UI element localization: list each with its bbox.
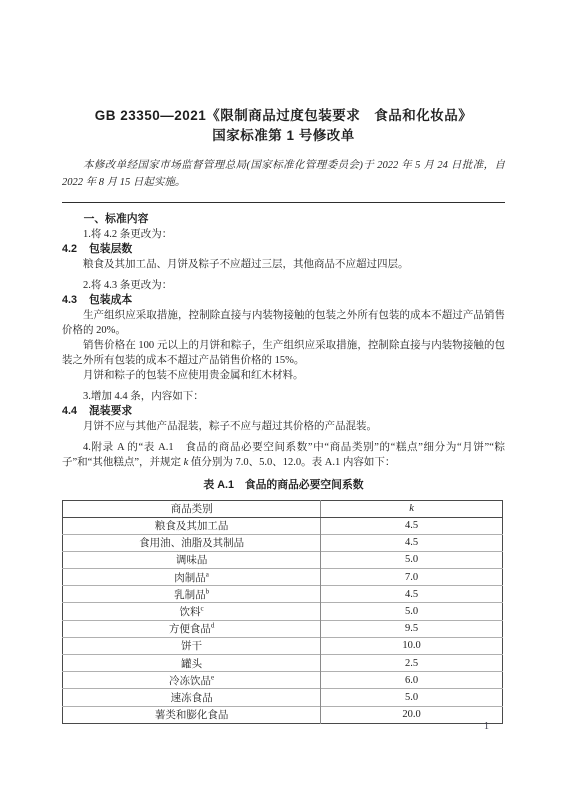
instruction-2: 2.将 4.3 条更改为： [62,278,505,293]
footnote-marker: a [206,570,209,578]
k-cell: 10.0 [321,637,503,654]
clause-4-4-number: 4.4 [62,405,77,417]
table-row: 乳制品b4.5 [63,586,503,603]
clause-4-4-heading: 4.4混装要求 [62,404,505,419]
category-cell: 罐头 [63,655,321,672]
clause-4-2-heading: 4.2包装层数 [62,242,505,257]
k-cell: 4.5 [321,586,503,603]
category-cell: 饮料c [63,603,321,620]
footnote-marker: c [201,605,204,613]
horizontal-rule [62,202,505,203]
table-row: 速冻食品5.0 [63,689,503,706]
footnote-marker: e [211,673,214,681]
approval-note: 本修改单经国家市场监督管理总局(国家标准化管理委员会)于 2022 年 5 月 … [62,157,505,191]
category-cell: 饼干 [63,637,321,654]
clause-4-2-title: 包装层数 [89,243,132,255]
category-cell: 冷冻饮品e [63,672,321,689]
table-row: 冷冻饮品e6.0 [63,672,503,689]
section-heading: 一、标准内容 [62,212,505,227]
clause-4-2-text: 粮食及其加工品、月饼及粽子不应超过三层，其他商品不应超过四层。 [62,257,505,272]
page-content: GB 23350—2021《限制商品过度包装要求 食品和化妆品》 国家标准第 1… [62,0,505,724]
table-row: 食用油、油脂及其制品4.5 [63,534,503,551]
clause-4-2-number: 4.2 [62,243,77,255]
category-cell: 速冻食品 [63,689,321,706]
category-cell: 乳制品b [63,586,321,603]
table-row: 粮食及其加工品4.5 [63,517,503,534]
footnote-marker: b [206,587,210,595]
document-title-line1: GB 23350—2021《限制商品过度包装要求 食品和化妆品》 [62,106,505,126]
instruction-3: 3.增加 4.4 条，内容如下： [62,389,505,404]
coefficient-table: 商品类别 k 粮食及其加工品4.5 食用油、油脂及其制品4.5 调味品5.0 肉… [62,500,503,724]
category-cell: 调味品 [63,551,321,568]
clause-4-3-title: 包装成本 [89,294,132,306]
k-cell: 9.5 [321,620,503,637]
category-cell: 食用油、油脂及其制品 [63,534,321,551]
clause-4-4-title: 混装要求 [89,405,132,417]
instruction-1: 1.将 4.2 条更改为： [62,227,505,242]
k-cell: 2.5 [321,655,503,672]
page-number: 1 [484,721,489,732]
document-title-line2: 国家标准第 1 号修改单 [62,126,505,146]
table-caption: 表 A.1 食品的商品必要空间系数 [62,478,505,493]
k-cell: 4.5 [321,517,503,534]
category-cell: 薯类和膨化食品 [63,706,321,723]
clause-4-3-paragraph-3: 月饼和粽子的包装不应使用贵金属和红木材料。 [62,368,505,383]
category-cell: 粮食及其加工品 [63,517,321,534]
table-row: 调味品5.0 [63,551,503,568]
clause-4-3-number: 4.3 [62,294,77,306]
k-cell: 5.0 [321,551,503,568]
table-row: 罐头2.5 [63,655,503,672]
table-header-row: 商品类别 k [63,500,503,517]
instruction-4-text-tail: 值分别为 7.0、5.0、12.0。表 A.1 内容如下： [188,457,395,468]
table-row: 饮料c5.0 [63,603,503,620]
k-cell: 6.0 [321,672,503,689]
category-cell: 肉制品a [63,569,321,586]
clause-4-3-paragraph-1: 生产组织应采取措施，控制除直接与内装物接触的包装之外所有包装的成本不超过产品销售… [62,308,505,338]
k-cell: 5.0 [321,603,503,620]
table-row: 方便食品d9.5 [63,620,503,637]
instruction-4: 4.附录 A 的“表 A.1 食品的商品必要空间系数”中“商品类别”的“糕点”细… [62,440,505,470]
category-cell: 方便食品d [63,620,321,637]
k-column-header: k [321,500,503,517]
category-column-header: 商品类别 [63,500,321,517]
k-cell: 20.0 [321,706,503,723]
table-row: 饼干10.0 [63,637,503,654]
document-page: GB 23350—2021《限制商品过度包装要求 食品和化妆品》 国家标准第 1… [0,0,566,800]
clause-4-3-paragraph-2: 销售价格在 100 元以上的月饼和粽子，生产组织应采取措施，控制除直接与内装物接… [62,338,505,368]
clause-4-3-heading: 4.3包装成本 [62,293,505,308]
table-row: 薯类和膨化食品20.0 [63,706,503,723]
k-cell: 5.0 [321,689,503,706]
footnote-marker: d [211,622,215,630]
k-cell: 7.0 [321,569,503,586]
k-cell: 4.5 [321,534,503,551]
clause-4-4-text: 月饼不应与其他产品混装，粽子不应与超过其价格的产品混装。 [62,419,505,434]
table-row: 肉制品a7.0 [63,569,503,586]
